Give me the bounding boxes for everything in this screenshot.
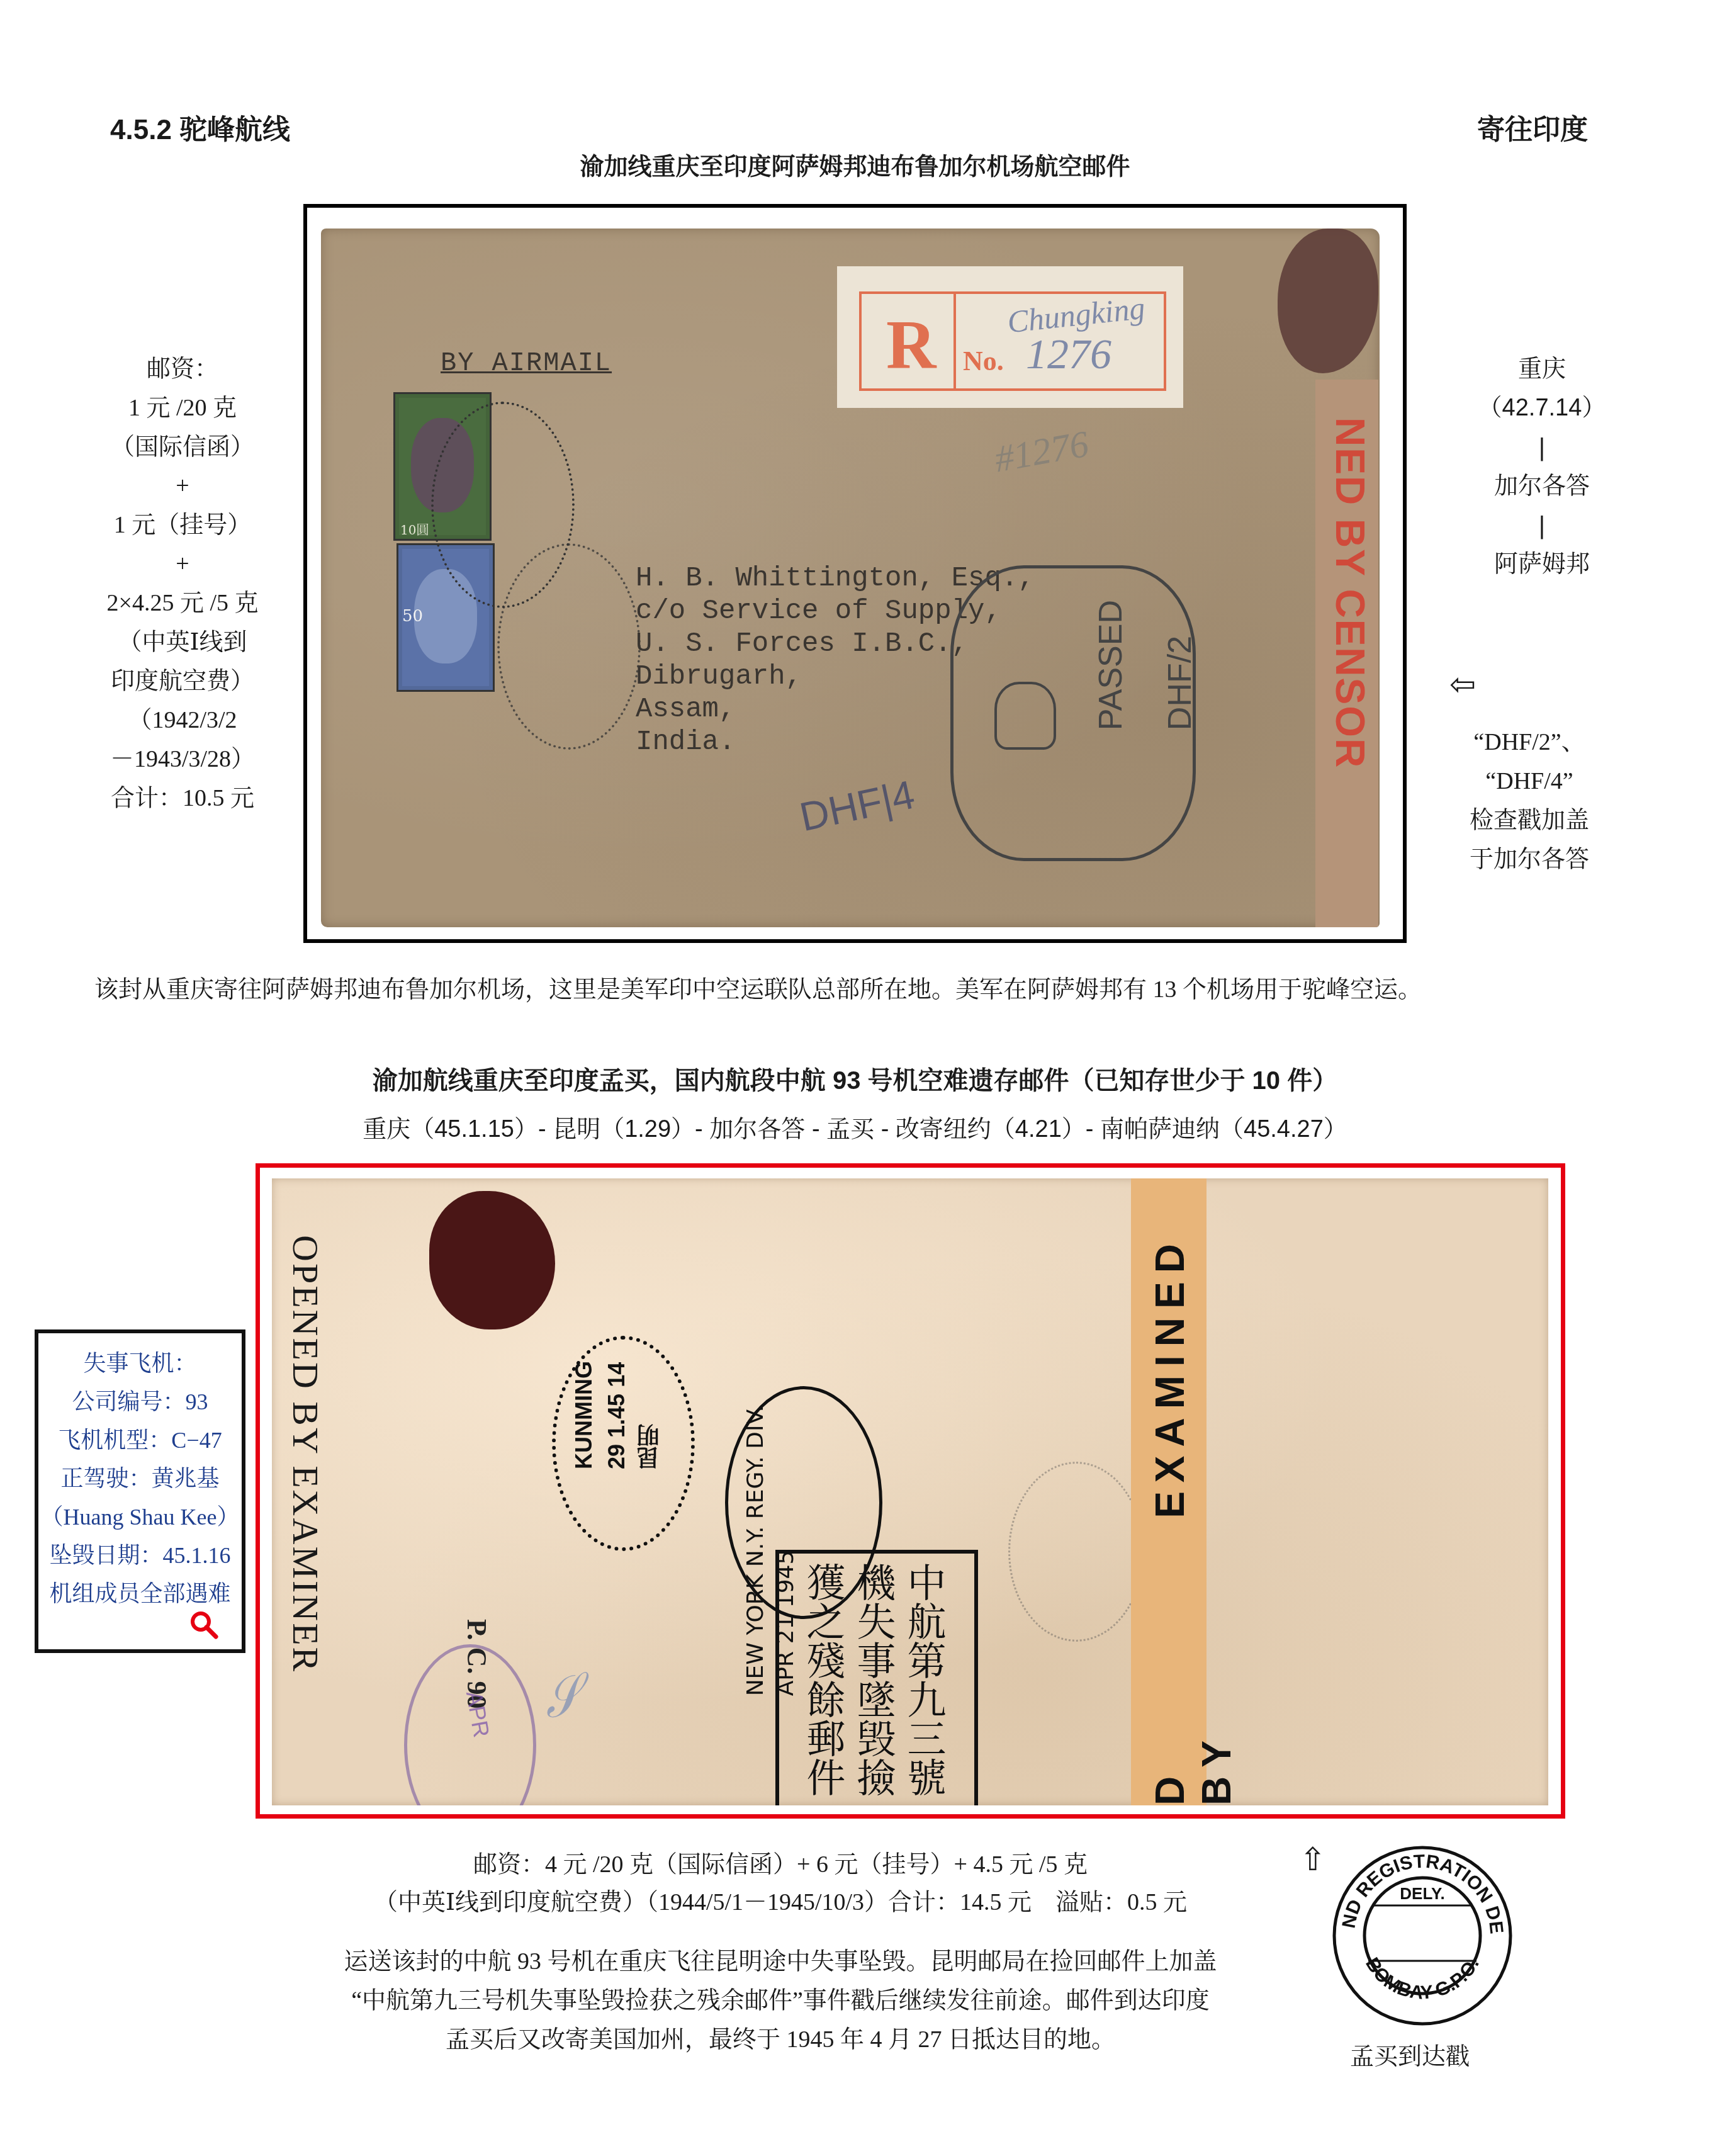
examined-tape-text: D BY — [1147, 1682, 1240, 1805]
registration-label: R No. Chungking 1276 — [837, 266, 1183, 408]
cover2-route: 重庆（45.1.15）- 昆明（1.29）- 加尔各答 - 孟买 - 改寄纽约（… — [0, 1109, 1710, 1144]
wax-seal — [1278, 229, 1378, 373]
postage-line: （国际信函） — [76, 427, 290, 466]
crash-mail-cachet-text: 中航第九三號機失事墜毁撿獲之殘餘郵件 — [797, 1562, 948, 1805]
crash-info-line: （Huang Shau Kee） — [38, 1498, 242, 1537]
postage-line: 印度航空费） — [76, 662, 290, 701]
cover1-postage-notes: 邮资：1 元 /20 克（国际信函）+1 元（挂号）+2×4.25 元 /5 克… — [76, 349, 290, 818]
bombay-arrival-stamp-icon: INLAND REGISTRATION DEPTT. BOMBAY G.P.O.… — [1328, 1841, 1517, 2030]
route-origin-date: （42.7.14） — [1422, 388, 1662, 427]
opened-by-examiner-tape: OPENED BY EXAMINER — [284, 1235, 327, 1673]
cover1-title: 渝加线重庆至印度阿萨姆邦迪布鲁加尔机场航空邮件 — [0, 147, 1710, 181]
postage-line: 邮资：4 元 /20 克（国际信函）+ 6 元（挂号）+ 4.5 元 /5 克 — [239, 1846, 1322, 1883]
svg-text:DELY.: DELY. — [1400, 1884, 1444, 1903]
cover2-story: 运送该封的中航 93 号机在重庆飞往昆明途中失事坠毁。昆明邮局在捡回邮件上加盖“… — [239, 1942, 1322, 2059]
page-category: 寄往印度 — [1477, 107, 1588, 147]
examined-tape-text: EXAMINED — [1147, 1235, 1193, 1518]
censor-note-line: “DHF/2”、 — [1429, 723, 1630, 762]
story-line: 运送该封的中航 93 号机在重庆飞往昆明途中失事坠毁。昆明邮局在捡回邮件上加盖 — [239, 1942, 1322, 1981]
postage-line: 2×4.25 元 /5 克 — [76, 584, 290, 623]
crash-info-line: 坠毁日期：45.1.16 — [38, 1537, 242, 1575]
chungking-postmark — [497, 543, 641, 750]
cover1-route: 重庆 （42.7.14） | 加尔各答 | 阿萨姆邦 — [1422, 349, 1662, 584]
dhf4-censor-mark: DHF|4 — [796, 771, 918, 841]
arrow-up-icon: ⇧ — [1300, 1841, 1326, 1878]
cover1-caption: 该封从重庆寄往阿萨姆邦迪布鲁加尔机场，这里是美军印中空运联队总部所在地。美军在阿… — [94, 969, 1655, 1004]
passed-code: DHF/2 — [1162, 636, 1198, 730]
stamp-value: 10圓 — [400, 520, 429, 538]
crash-info-box: 失事飞机：公司编号：93飞机机型：C−47正驾驶：黄兆基（Huang Shau … — [35, 1329, 245, 1653]
crown-icon — [994, 682, 1056, 750]
route-via: 加尔各答 — [1422, 466, 1662, 505]
postage-line: 1 元 /20 克 — [76, 388, 290, 427]
postage-line: 1 元（挂号） — [76, 505, 290, 545]
postmark-line: 29 1.45 14 — [600, 1361, 633, 1469]
cover1-censor-note: “DHF/2”、“DHF/4”检查戳加盖于加尔各答 — [1429, 723, 1630, 879]
registration-number: 1276 — [1026, 329, 1111, 379]
passed-censor-text: PASSEDDHF/2 — [1076, 600, 1215, 730]
registration-letter: R — [886, 305, 936, 385]
censor-tape-text: NED BY CENSOR — [1327, 417, 1373, 769]
postage-line: －1943/3/28） — [76, 740, 290, 779]
cover2-postage-notes: 邮资：4 元 /20 克（国际信函）+ 6 元（挂号）+ 4.5 元 /5 克（… — [239, 1846, 1322, 1921]
crash-info-line: 公司编号：93 — [38, 1383, 242, 1421]
postage-line: + — [76, 545, 290, 584]
story-line: 孟买后又改寄美国加州，最终于 1945 年 4 月 27 日抵达目的地。 — [239, 2020, 1322, 2059]
handwritten-reference: #1276 — [991, 422, 1092, 482]
stamp-value: 50 — [402, 607, 423, 626]
crash-info-line: 机组成员全部遇难 — [38, 1575, 242, 1613]
censor-note-line: 于加尔各答 — [1429, 840, 1630, 879]
postage-line: （中英Ⅰ线到印度航空费）（1944/5/1－1945/10/3）合计：14.5 … — [239, 1883, 1322, 1921]
arrow-left-icon: ⇦ — [1449, 666, 1476, 703]
route-connector: | — [1422, 427, 1662, 466]
section-title: 4.5.2 驼峰航线 — [110, 107, 290, 147]
crash-info-line: 正驾驶：黄兆基 — [38, 1460, 242, 1498]
airmail-marking: BY AIRMAIL — [441, 348, 612, 378]
cover2-envelope-image: OPENED BY EXAMINER P. C. 90 KUNMING29 1.… — [272, 1178, 1548, 1805]
postage-line: 邮资： — [76, 349, 290, 388]
postage-line: （1942/3/2 — [76, 701, 290, 740]
route-connector: | — [1422, 505, 1662, 545]
postmark-line: 昆明 — [633, 1361, 666, 1469]
passed-label: PASSED — [1093, 600, 1129, 730]
wax-seal — [429, 1191, 555, 1329]
story-line: “中航第九三号机失事坠毁捡获之残余邮件”事件戳后继续发往前途。邮件到达印度 — [239, 1981, 1322, 2020]
route-destination: 阿萨姆邦 — [1422, 545, 1662, 584]
faded-postmark — [1008, 1462, 1144, 1642]
censor-note-line: “DHF/4” — [1429, 762, 1630, 801]
blue-pencil-marking: 𝒮 — [536, 1666, 588, 1731]
bombay-stamp-caption: 孟买到达戳 — [1350, 2036, 1470, 2071]
route-origin: 重庆 — [1422, 349, 1662, 388]
postage-line: （中英Ⅰ线到 — [76, 623, 290, 662]
postmark-line: KUNMING — [568, 1361, 600, 1469]
postage-line: + — [76, 466, 290, 505]
crash-info-line: 飞机机型：C−47 — [38, 1421, 242, 1460]
postmark-line: NEW YORK N.Y. REGY. DIV. — [741, 1405, 771, 1696]
kunming-postmark-text: KUNMING29 1.45 14昆明 — [568, 1361, 666, 1469]
cover1-envelope-image: BY AIRMAIL R No. Chungking 1276 #1276 NE… — [321, 229, 1380, 927]
registration-no-label: No. — [963, 345, 1004, 377]
censor-note-line: 检查戳加盖 — [1429, 801, 1630, 840]
magnifier-icon[interactable] — [189, 1610, 218, 1639]
crash-info-line: 失事飞机： — [38, 1345, 242, 1383]
crash-info-lines: 失事飞机：公司编号：93飞机机型：C−47正驾驶：黄兆基（Huang Shau … — [38, 1345, 242, 1613]
postage-line: 合计：10.5 元 — [76, 779, 290, 818]
cover2-title: 渝加航线重庆至印度孟买，国内航段中航 93 号机空难遗存邮件（已知存世少于 10… — [0, 1061, 1710, 1097]
